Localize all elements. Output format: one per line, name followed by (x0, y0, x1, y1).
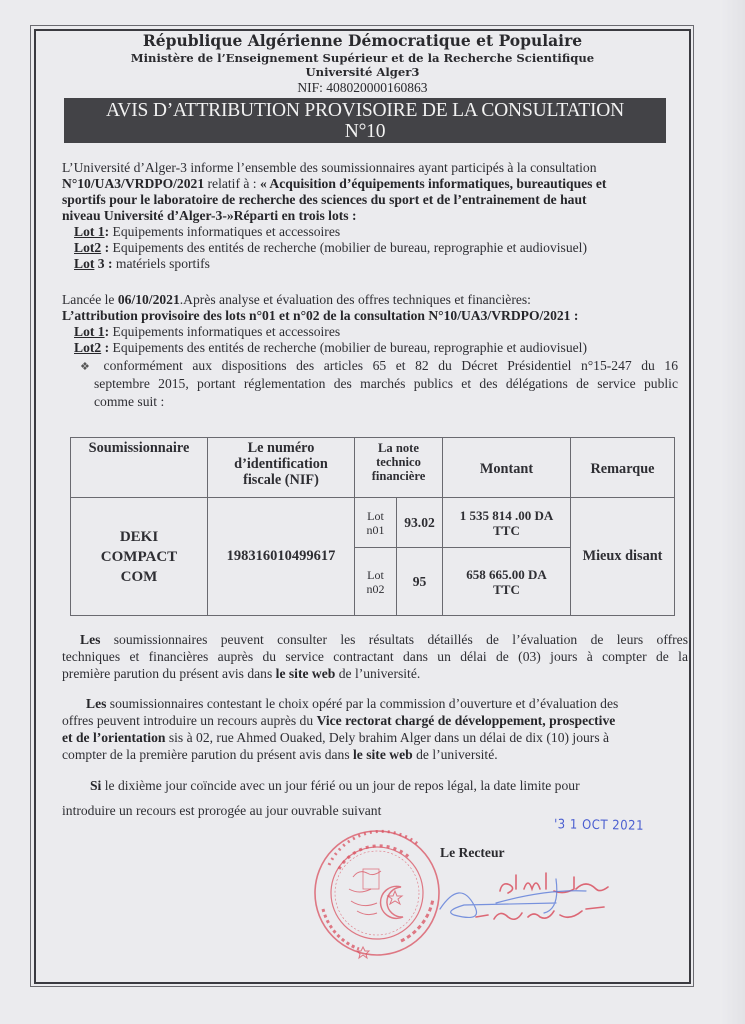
lot-sep: : (105, 224, 113, 239)
lot-sep: : (101, 340, 112, 355)
para-text: soumissionnaires contestant le choix opé… (106, 696, 618, 711)
para-text: de l’université. (335, 666, 420, 681)
intro-line-4: niveau Université d’Alger-3-»Réparti en … (62, 208, 356, 224)
intro-lot-2: Lot2 : Equipements des entités de recher… (74, 240, 587, 256)
results-para-line-1: Les soumissionnaires peuvent consulter l… (80, 632, 688, 648)
lot-label-l1: Lot (359, 568, 392, 582)
intro-line-2: N°10/UA3/VRDPO/2021 relatif à : « Acquis… (62, 176, 606, 192)
launch-line: Lancée le 06/10/2021.Après analyse et év… (62, 292, 531, 308)
col-header-score: La note technico financière (355, 438, 443, 498)
lot-text: Equipements informatiques et accessoires (113, 324, 341, 339)
results-table: Soumissionnaire Le numéro d’identificati… (70, 437, 675, 616)
table-header-row: Soumissionnaire Le numéro d’identificati… (71, 438, 675, 498)
bidder-name-l2: COMPACT (75, 547, 203, 567)
col-header-bidder: Soumissionnaire (71, 438, 208, 498)
title-line-2: N°10 (64, 121, 666, 142)
attribution-lot-2: Lot2 : Equipements des entités de recher… (74, 340, 587, 356)
title-line-1: AVIS D’ATTRIBUTION PROVISOIRE DE LA CONS… (64, 100, 666, 121)
lot-text: Equipements des entités de recherche (mo… (113, 240, 587, 255)
para-lead: Les (80, 632, 100, 647)
amount-cell: 1 535 814 .00 DA TTC (443, 498, 571, 548)
nif-cell: 198316010499617 (208, 498, 355, 616)
title-banner: AVIS D’ATTRIBUTION PROVISOIRE DE LA CONS… (64, 98, 666, 143)
attribution-lot-1: Lot 1: Equipements informatiques et acce… (74, 324, 340, 340)
decree-line-2: septembre 2015, portant réglementation d… (94, 376, 678, 392)
bidder-name-l3: COM (75, 567, 203, 587)
lot-number: 3 (94, 256, 104, 271)
intro-line-1: L’Université d’Alger-3 informe l’ensembl… (62, 160, 597, 176)
decree-line-3: comme suit : (94, 394, 164, 410)
header-nif: NIF: 408020000160863 (36, 80, 689, 95)
lot-label-l1: Lot (359, 509, 392, 523)
address-text: sis à 02, rue Ahmed Ouaked, Dely brahim … (165, 730, 609, 745)
document-content: République Algérienne Démocratique et Po… (36, 31, 689, 982)
header-republic: République Algérienne Démocratique et Po… (36, 32, 689, 50)
table-row: DEKI COMPACT COM 198316010499617 Lot n01… (71, 498, 675, 548)
website-ref: le site web (276, 666, 336, 681)
amount-tax: TTC (447, 523, 566, 538)
appeal-para-line-3: et de l’orientation sis à 02, rue Ahmed … (62, 730, 609, 746)
lot-label-l2: n02 (359, 582, 392, 596)
para-text: première parution du présent avis dans (62, 666, 276, 681)
intro-line-3: sportifs pour le laboratoire de recherch… (62, 192, 587, 208)
score-header-l3: financière (359, 469, 438, 483)
nif-header-l2: d’identification (212, 456, 350, 472)
results-para-line-3: première parution du présent avis dans l… (62, 666, 420, 682)
para-text: offres peuvent introduire un recours aup… (62, 713, 317, 728)
para-text: soumissionnaires peuvent consulter les r… (100, 632, 688, 647)
bidder-name-l1: DEKI (75, 527, 203, 547)
attribution-heading: L’attribution provisoire des lots n°01 e… (62, 308, 578, 324)
lot-text: Equipements informatiques et accessoires (113, 224, 341, 239)
holiday-para-line-2: introduire un recours est prorogée au jo… (62, 803, 381, 819)
lot-text: matériels sportifs (116, 256, 210, 271)
scan-page-edge (720, 0, 745, 1024)
score-header-l2: technico (359, 455, 438, 469)
intro-lot-1: Lot 1: Equipements informatiques et acce… (74, 224, 340, 240)
score-cell: 95 (397, 548, 443, 616)
header-ministry: Ministère de l’Enseignement Supérieur et… (36, 51, 689, 65)
consultation-ref: N°10/UA3/VRDPO/2021 (62, 176, 204, 191)
vice-rectorat-ref: Vice rectorat chargé de développement, p… (317, 713, 616, 728)
holiday-para-line-1: Si le dixième jour coïncide avec un jour… (90, 778, 580, 794)
diamond-bullet-icon: ❖ (80, 360, 94, 376)
remark-cell: Mieux disant (571, 498, 675, 616)
launch-suffix: .Après analyse et évaluation des offres … (180, 292, 531, 307)
score-cell: 93.02 (397, 498, 443, 548)
lot-text: Equipements des entités de recherche (mo… (113, 340, 587, 355)
col-header-nif: Le numéro d’identification fiscale (NIF) (208, 438, 355, 498)
intro-lot-3: Lot 3 : matériels sportifs (74, 256, 210, 272)
amount-cell: 658 665.00 DA TTC (443, 548, 571, 616)
col-header-amount: Montant (443, 438, 571, 498)
website-ref: le site web (353, 747, 413, 762)
amount-tax: TTC (447, 582, 566, 597)
decree-text: conformément aux dispositions des articl… (94, 358, 678, 373)
amount-value: 1 535 814 .00 DA (447, 508, 566, 523)
arabic-signature-text: مدير الجامعة د/ مزرق مختار (456, 861, 457, 862)
official-seal-icon (309, 829, 449, 961)
lot-sep: : (105, 256, 116, 271)
results-para-line-2: techniques et financières auprès du serv… (62, 649, 688, 665)
subject-start: « Acquisition d’équipements informatique… (260, 176, 606, 191)
para-text: le dixième jour coïncide avec un jour fé… (101, 778, 579, 793)
launch-prefix: Lancée le (62, 292, 118, 307)
para-text: compter de la première parution du prése… (62, 747, 353, 762)
amount-value: 658 665.00 DA (447, 567, 566, 582)
vice-rectorat-ref-cont: et de l’orientation (62, 730, 165, 745)
lot-cell: Lot n02 (355, 548, 397, 616)
para-lead: Si (90, 778, 101, 793)
launch-date: 06/10/2021 (118, 292, 180, 307)
appeal-para-line-1: Les soumissionnaires contestant le choix… (86, 696, 618, 712)
appeal-para-line-2: offres peuvent introduire un recours aup… (62, 713, 615, 729)
appeal-para-line-4: compter de la première parution du prése… (62, 747, 498, 763)
score-header-l1: La note (359, 441, 438, 455)
lot-label: Lot 1 (74, 224, 105, 239)
lot-label: Lot 1 (74, 324, 105, 339)
para-text: de l’université. (413, 747, 498, 762)
decree-line-1: ❖ conformément aux dispositions des arti… (80, 358, 678, 376)
col-header-remark: Remarque (571, 438, 675, 498)
date-stamp: '3 1 OCT 2021 (554, 817, 644, 834)
handwritten-signature-icon (436, 859, 636, 929)
bidder-cell: DEKI COMPACT COM (71, 498, 208, 616)
lot-sep: : (105, 324, 113, 339)
relatif-text: relatif à : (204, 176, 260, 191)
lot-label: Lot2 (74, 240, 101, 255)
header-university: Université Alger3 (36, 65, 689, 79)
nif-header-l3: fiscale (NIF) (212, 472, 350, 488)
lot-label: Lot2 (74, 340, 101, 355)
para-lead: Les (86, 696, 106, 711)
lot-label-l2: n01 (359, 523, 392, 537)
lot-cell: Lot n01 (355, 498, 397, 548)
lot-sep: : (101, 240, 112, 255)
lot-label: Lot (74, 256, 94, 271)
nif-header-l1: Le numéro (212, 440, 350, 456)
